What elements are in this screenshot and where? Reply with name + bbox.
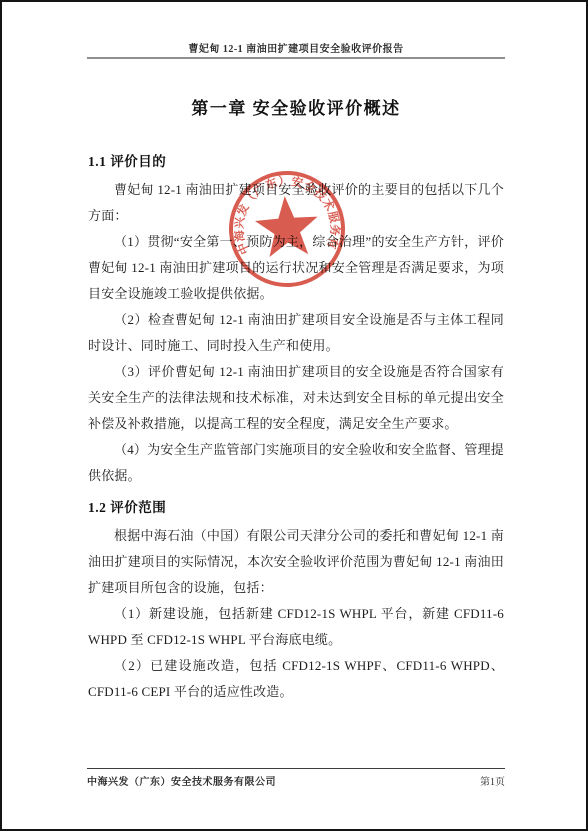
paragraph: （2）检查曹妃甸 12-1 南油田扩建项目安全设施是否与主体工程同时设计、同时施… <box>88 307 504 359</box>
footer-page-number: 第1页 <box>480 773 505 788</box>
section-1-1-body: 曹妃甸 12-1 南油田扩建项目安全验收评价的主要目的包括以下几个方面： （1）… <box>88 177 504 489</box>
document-page: 曹妃甸 12-1 南油田扩建项目安全验收评价报告 第一章 安全验收评价概述 1.… <box>0 0 588 831</box>
header-rule <box>87 57 505 59</box>
page-footer: 中海兴发（广东）安全技术服务有限公司 第1页 <box>87 773 505 788</box>
section-1-2-body: 根据中海石油（中国）有限公司天津分公司的委托和曹妃甸 12-1 南油田扩建项目的… <box>88 523 504 705</box>
paragraph: （2）已建设施改造，包括 CFD12-1S WHPF、CFD11-6 WHPD、… <box>88 653 504 705</box>
running-header-title: 曹妃甸 12-1 南油田扩建项目安全验收评价报告 <box>87 40 505 55</box>
paragraph: （3）评价曹妃甸 12-1 南油田扩建项目的安全设施是否符合国家有关安全生产的法… <box>88 359 504 437</box>
section-heading-1-1: 1.1 评价目的 <box>88 150 504 170</box>
chapter-title: 第一章 安全验收评价概述 <box>88 94 504 119</box>
paragraph: （1）贯彻“安全第一、预防为主，综合治理”的安全生产方针，评价曹妃甸 12-1 … <box>88 229 504 307</box>
paragraph: （4）为安全生产监管部门实施项目的安全验收和安全监督、管理提供依据。 <box>88 437 504 489</box>
page-content: 第一章 安全验收评价概述 1.1 评价目的 曹妃甸 12-1 南油田扩建项目安全… <box>88 94 504 705</box>
paragraph: 根据中海石油（中国）有限公司天津分公司的委托和曹妃甸 12-1 南油田扩建项目的… <box>88 523 504 601</box>
section-heading-1-2: 1.2 评价范围 <box>88 496 504 516</box>
paragraph: （1）新建设施，包括新建 CFD12-1S WHPL 平台，新建 CFD11-6… <box>88 601 504 653</box>
footer-rule <box>87 768 505 769</box>
paragraph: 曹妃甸 12-1 南油田扩建项目安全验收评价的主要目的包括以下几个方面： <box>88 177 504 229</box>
footer-company-name: 中海兴发（广东）安全技术服务有限公司 <box>87 773 276 788</box>
